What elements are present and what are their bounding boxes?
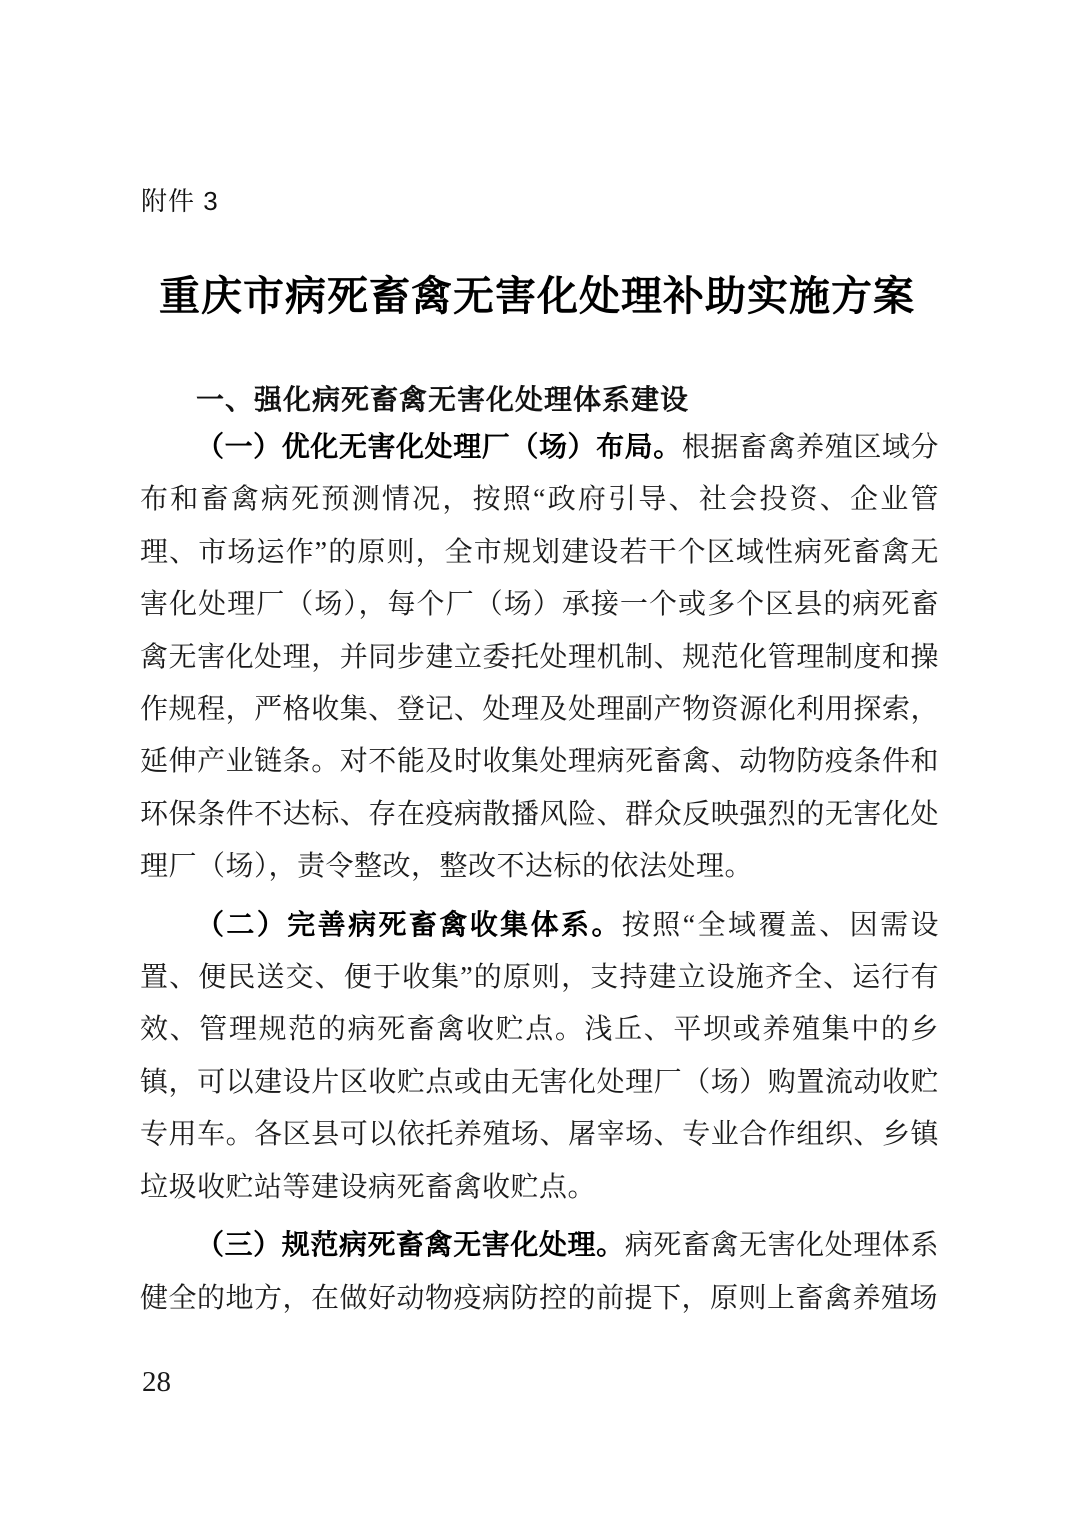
attachment-label: 附件 3 [141, 181, 219, 218]
document-body: （一）优化无害化处理厂（场）布局。根据畜禽养殖区域分布和畜禽病死预测情况，按照“… [140, 422, 939, 1331]
paragraph-1-text: 根据畜禽养殖区域分布和畜禽病死预测情况，按照“政府引导、社会投资、企业管理、市场… [140, 432, 939, 882]
paragraph-1-lead: （一）优化无害化处理厂（场）布局。 [196, 432, 682, 463]
document-page: 附件 3 重庆市病死畜禽无害化处理补助实施方案 一、强化病死畜禽无害化处理体系建… [0, 0, 1074, 1520]
paragraph-2-lead: （二）完善病死畜禽收集体系。 [196, 910, 622, 941]
page-number: 28 [142, 1366, 171, 1399]
paragraph-3-lead: （三）规范病死畜禽无害化处理。 [196, 1230, 625, 1261]
document-title: 重庆市病死畜禽无害化处理补助实施方案 [0, 263, 1074, 322]
paragraph-2: （二）完善病死畜禽收集体系。按照“全域覆盖、因需设置、便民送交、便于收集”的原则… [140, 900, 939, 1214]
paragraph-3: （三）规范病死畜禽无害化处理。病死畜禽无害化处理体系健全的地方，在做好动物疫病防… [140, 1220, 939, 1325]
paragraph-2-text: 按照“全域覆盖、因需设置、便民送交、便于收集”的原则，支持建立设施齐全、运行有效… [140, 910, 939, 1203]
paragraph-1: （一）优化无害化处理厂（场）布局。根据畜禽养殖区域分布和畜禽病死预测情况，按照“… [140, 422, 939, 894]
section-heading: 一、强化病死畜禽无害化处理体系建设 [196, 378, 689, 418]
